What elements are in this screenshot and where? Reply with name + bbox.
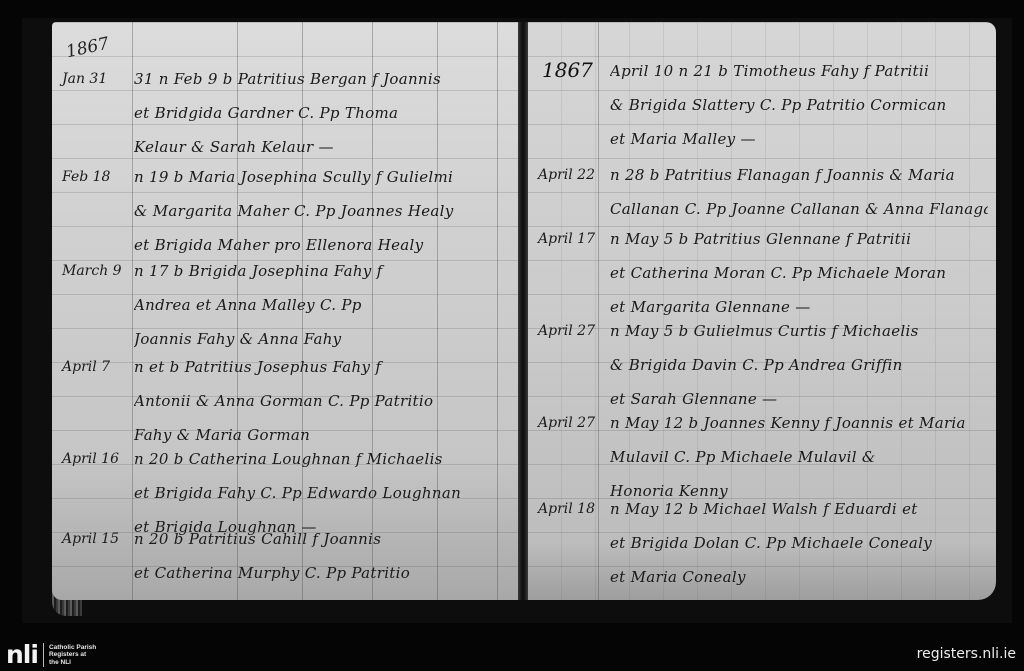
entry-line: n 20 b Patritius Cahill f Joannis	[134, 522, 510, 556]
entry-date: March 9	[62, 254, 142, 288]
entry-line: n May 5 b Patritius Glennane f Patritii	[610, 222, 988, 256]
entry-line: Antonii & Anna Gorman C. Pp Patritio	[134, 384, 510, 418]
year-heading: 1867	[542, 58, 593, 82]
entry-line: n 20 b Catherina Loughnan f Michaelis	[134, 442, 510, 476]
site-url-link[interactable]: registers.nli.ie	[917, 646, 1016, 662]
entry-line: n May 12 b Michael Walsh f Eduardi et	[610, 492, 988, 526]
right-page: 1867 April 10 n 21 b Timotheus Fahy f Pa…	[528, 22, 996, 600]
entry-date: Jan 31	[62, 62, 142, 96]
entry-date: April 15	[62, 522, 142, 556]
entry-date: April 27	[538, 314, 618, 348]
entry-date: April 22	[538, 158, 618, 192]
entry-line: et Maria Malley —	[610, 122, 988, 156]
entry-date: April 7	[62, 350, 142, 384]
entry-line: Andrea et Anna Malley C. Pp	[134, 288, 510, 322]
viewer-footer: nli Catholic Parish Registers at the NLI…	[0, 640, 1024, 671]
book-gutter	[518, 22, 528, 600]
logo-divider	[43, 643, 44, 667]
entry-line: n 17 b Brigida Josephina Fahy f	[134, 254, 510, 288]
logo-caption-line: the NLI	[49, 659, 109, 667]
entry-date: April 18	[538, 492, 618, 526]
entry-line: & Margarita Maher C. Pp Joannes Healy	[134, 194, 510, 228]
entry-line: et Catherina Murphy C. Pp Patritio	[134, 556, 510, 590]
entry-line: et Brigida Dolan C. Pp Michaele Conealy	[610, 526, 988, 560]
entry-line: et Bridgida Gardner C. Pp Thoma	[134, 96, 510, 130]
entry-line: Kelaur & Sarah Kelaur —	[134, 130, 510, 164]
year-heading: 1867	[64, 34, 110, 63]
left-page: 1867 Jan 31 31 n Feb 9 b Patritius Berga…	[52, 22, 518, 600]
entry-line: n May 12 b Joannes Kenny f Joannis et Ma…	[610, 406, 988, 440]
entry-date: April 27	[538, 406, 618, 440]
entry-line: et Maria Conealy	[610, 560, 988, 594]
entry-line: 31 n Feb 9 b Patritius Bergan f Joannis	[134, 62, 510, 96]
entry-line: n May 5 b Gulielmus Curtis f Michaelis	[610, 314, 988, 348]
entry-line: Meloney et Brigida Meloney	[134, 590, 510, 600]
nli-logo-mark: nli	[6, 643, 38, 667]
entry-date: April 17	[538, 222, 618, 256]
entry-line: n et b Patritius Josephus Fahy f	[134, 350, 510, 384]
logo-caption-line: Registers at	[49, 651, 109, 659]
nli-logo[interactable]: nli Catholic Parish Registers at the NLI	[6, 643, 109, 667]
entry-line: n 19 b Maria Josephina Scully f Gulielmi	[134, 160, 510, 194]
entry-line: April 10 n 21 b Timotheus Fahy f Patriti…	[610, 54, 988, 88]
entry-line: et Brigida Fahy C. Pp Edwardo Loughnan	[134, 476, 510, 510]
entry-line: & Brigida Slattery C. Pp Patritio Cormic…	[610, 88, 988, 122]
entry-line: et Catherina Moran C. Pp Michaele Moran	[610, 256, 988, 290]
logo-caption-line: Catholic Parish	[49, 644, 109, 652]
entry-line: & Brigida Davin C. Pp Andrea Griffin	[610, 348, 988, 382]
entry-date: Feb 18	[62, 160, 142, 194]
logo-caption: Catholic Parish Registers at the NLI	[49, 644, 109, 667]
entry-line: Callanan C. Pp Joanne Callanan & Anna Fl…	[610, 192, 988, 226]
entry-line: n 28 b Patritius Flanagan f Joannis & Ma…	[610, 158, 988, 192]
entry-line: Mulavil C. Pp Michaele Mulavil &	[610, 440, 988, 474]
entry-date: April 16	[62, 442, 142, 476]
